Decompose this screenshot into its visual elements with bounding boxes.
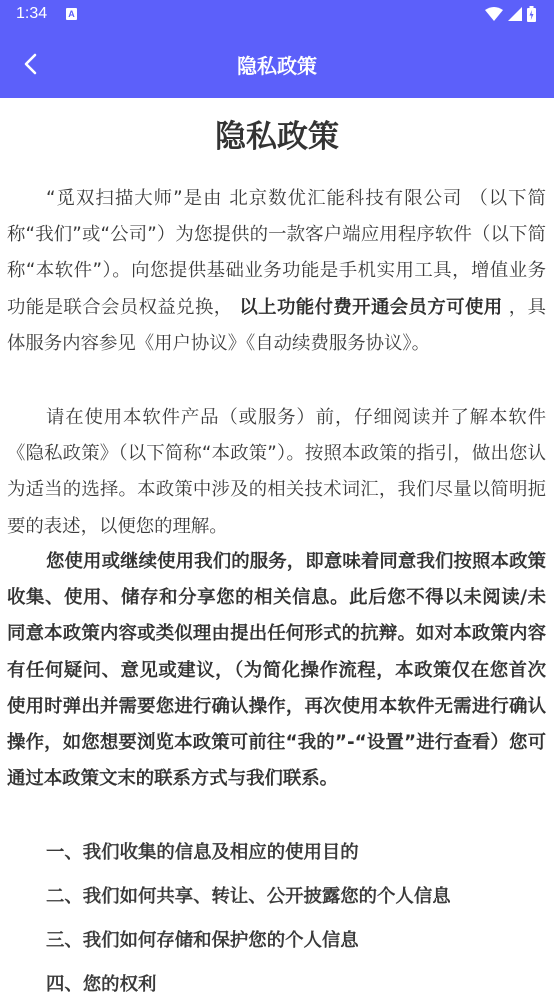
policy-content[interactable]: 隐私政策 “觅双扫描大师”是由 北京数优汇能科技有限公司 （以下简称“我们”或“… bbox=[0, 98, 554, 159]
toc-item-rights[interactable]: 四、您的权利 bbox=[46, 963, 451, 984]
status-time: 1:34 bbox=[16, 5, 47, 23]
app-bar: 1:34 A 隐私政策 bbox=[0, 0, 554, 98]
toc-item-collection[interactable]: 一、我们收集的信息及相应的使用目的 bbox=[46, 831, 451, 875]
toolbar: 隐私政策 bbox=[0, 30, 554, 98]
status-bar: 1:34 A bbox=[0, 0, 554, 30]
paragraph-reading-notice: 请在使用本软件产品（或服务）前，仔细阅读并了解本软件《隐私政策》（以下简称“本政… bbox=[0, 400, 554, 545]
toc-item-sharing[interactable]: 二、我们如何共享、转让、公开披露您的个人信息 bbox=[46, 875, 451, 919]
document-title: 隐私政策 bbox=[0, 115, 554, 159]
paragraph-consent: 您使用或继续使用我们的服务，即意味着同意我们按照本政策收集、使用、储存和分享您的… bbox=[0, 544, 554, 797]
intro-bold-text: 以上功能付费开通会员方可使用 bbox=[233, 297, 503, 318]
system-icons bbox=[485, 6, 536, 22]
paragraph-intro: “觅双扫描大师”是由 北京数优汇能科技有限公司 （以下简称“我们”或“公司”）为… bbox=[0, 181, 554, 362]
notification-a-icon: A bbox=[66, 8, 77, 20]
cellular-signal-icon bbox=[508, 7, 522, 21]
wifi-icon bbox=[485, 7, 503, 21]
table-of-contents: 一、我们收集的信息及相应的使用目的 二、我们如何共享、转让、公开披露您的个人信息… bbox=[46, 831, 451, 984]
toolbar-title: 隐私政策 bbox=[0, 50, 554, 79]
battery-charging-icon bbox=[527, 6, 536, 22]
toc-item-storage[interactable]: 三、我们如何存储和保护您的个人信息 bbox=[46, 919, 451, 963]
